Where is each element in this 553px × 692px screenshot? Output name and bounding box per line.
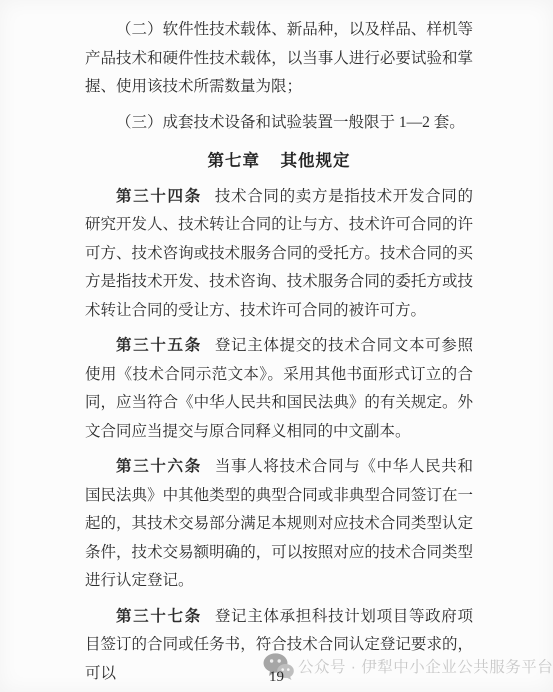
- chapter-title: 其他规定: [281, 152, 351, 170]
- article-36-number: 第三十六条: [116, 458, 202, 475]
- clause-2-text: （二）软件性技术载体、新品种，以及样品、样机等产品技术和硬件性技术载体，以当事人…: [85, 21, 473, 95]
- article-34-paragraph: 第三十四条技术合同的卖方是指技术开发合同的研究开发人、技术转让合同的让与方、技术…: [85, 183, 473, 326]
- page-number: 19: [0, 669, 553, 686]
- article-36-paragraph: 第三十六条当事人将技术合同与《中华人民共和国民法典》中其他类型的典型合同或非典型…: [85, 453, 473, 596]
- page-footer: 公众号 · 伊犁中小企业公共服务平台 19: [0, 648, 553, 692]
- clause-3-paragraph: （三）成套技术设备和试验装置一般限于 1—2 套。: [85, 109, 473, 138]
- article-35-number: 第三十五条: [116, 337, 202, 354]
- chapter-heading: 第七章 其他规定: [85, 147, 473, 176]
- document-body: （二）软件性技术载体、新品种，以及样品、样机等产品技术和硬件性技术载体，以当事人…: [85, 16, 473, 688]
- clause-2-paragraph: （二）软件性技术载体、新品种，以及样品、样机等产品技术和硬件性技术载体，以当事人…: [85, 16, 473, 102]
- chapter-number: 第七章: [207, 152, 260, 170]
- article-36-text: 当事人将技术合同与《中华人民共和国民法典》中其他类型的典型合同或非典型合同签订在…: [85, 458, 473, 589]
- article-37-number: 第三十七条: [116, 608, 202, 625]
- article-35-paragraph: 第三十五条登记主体提交的技术合同文本可参照使用《技术合同示范文本》。采用其他书面…: [85, 332, 473, 446]
- clause-3-text: （三）成套技术设备和试验装置一般限于 1—2 套。: [116, 114, 465, 131]
- document-page: （二）软件性技术载体、新品种，以及样品、样机等产品技术和硬件性技术载体，以当事人…: [0, 0, 553, 692]
- article-34-text: 技术合同的卖方是指技术开发合同的研究开发人、技术转让合同的让与方、技术许可合同的…: [85, 188, 473, 319]
- article-34-number: 第三十四条: [116, 188, 202, 205]
